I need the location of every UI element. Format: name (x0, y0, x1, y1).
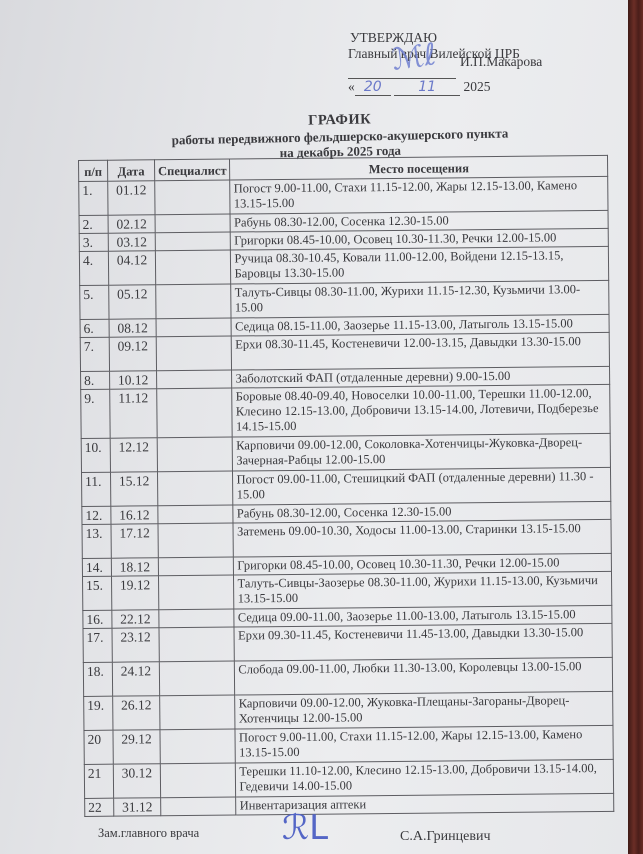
row-num: 22 (85, 798, 114, 816)
row-date: 16.12 (111, 506, 158, 524)
row-date: 11.12 (110, 389, 157, 438)
table-row: 1.01.12Погост 9.00-11.00, Стахи 11.15-12… (79, 176, 608, 215)
row-num: 6. (80, 319, 109, 337)
header-date: Дата (108, 160, 155, 181)
row-specialist (155, 214, 231, 233)
row-place: Ерхи 08.30-11.45, Костеневичи 12.00-13.1… (232, 332, 610, 370)
row-num: 19. (84, 696, 113, 730)
row-place: Погост 09.00-11.00, Стешицкий ФАП (отдал… (233, 467, 611, 505)
row-place: Слобода 09.00-11.00, Любки 11.30-13.00, … (235, 657, 613, 695)
row-date: 29.12 (113, 730, 160, 764)
table-row: 13.17.12Затемень 09.00-10.30, Ходосы 11.… (82, 519, 611, 558)
row-place: Талуть-Сивцы 08.30-11.00, Журихи 11.15-1… (231, 280, 609, 318)
row-date: 18.12 (111, 558, 158, 576)
row-specialist (156, 336, 232, 371)
row-place: Талуть-Сивцы-Заозерье 08.30-11.00, Журих… (234, 571, 612, 609)
header-num: п/п (79, 160, 108, 181)
row-num: 3. (79, 233, 108, 251)
row-specialist (155, 180, 231, 215)
row-date: 26.12 (113, 696, 160, 730)
row-place: Погост 9.00-11.00, Стахи 11.15-12.00, Жа… (235, 725, 613, 763)
row-date: 17.12 (111, 524, 158, 558)
row-num: 15. (82, 576, 111, 610)
approval-year: 2025 (464, 79, 491, 94)
row-num: 16. (83, 610, 112, 628)
row-specialist (156, 318, 232, 337)
table-row: 7.09.12Ерхи 08.30-11.45, Костеневичи 12.… (80, 332, 609, 371)
row-specialist (160, 729, 236, 764)
row-place: Карповичи 09.00-12.00, Соколовка-Хотенчи… (233, 433, 611, 471)
table-row: 10.12.12Карповичи 09.00-12.00, Соколовка… (81, 433, 610, 472)
row-specialist (155, 232, 231, 251)
table-row: 15.19.12Талуть-Сивцы-Заозерье 08.30-11.0… (82, 571, 611, 610)
row-num: 12. (82, 506, 111, 524)
row-num: 21 (84, 764, 113, 798)
row-date: 02.12 (108, 215, 155, 233)
table-surface (628, 0, 643, 854)
row-specialist (160, 695, 236, 730)
date-quote: « (348, 79, 355, 94)
row-place: Затемень 09.00-10.30, Ходосы 11.00-13.00… (233, 519, 611, 557)
row-specialist (158, 505, 234, 524)
row-specialist (156, 284, 232, 319)
chief-signature-icon: ℳℓ (390, 37, 439, 78)
row-place: Боровые 08.40-09.40, Новоселки 10.00-11.… (232, 384, 610, 437)
row-specialist (155, 250, 231, 285)
row-date: 23.12 (112, 628, 159, 662)
row-date: 01.12 (108, 181, 155, 215)
row-specialist (157, 471, 233, 506)
deputy-signature-icon: ℛL (282, 808, 328, 848)
row-num: 18. (83, 662, 112, 696)
row-specialist (158, 557, 234, 576)
row-num: 8. (81, 371, 110, 389)
row-date: 08.12 (109, 319, 156, 337)
row-date: 05.12 (109, 285, 156, 319)
header-specialist: Специалист (155, 159, 231, 181)
row-place: Ручица 08.30-10.45, Ковали 11.00-12.00, … (231, 246, 609, 284)
row-date: 03.12 (108, 233, 155, 251)
row-date: 19.12 (111, 576, 158, 610)
schedule-table: п/п Дата Специалист Место посещения 1.01… (78, 155, 614, 817)
row-date: 15.12 (110, 472, 157, 506)
row-specialist (160, 763, 236, 798)
table-row: 9.11.12Боровые 08.40-09.40, Новоселки 10… (81, 384, 610, 438)
row-num: 10. (81, 438, 110, 472)
row-specialist (161, 797, 237, 816)
table-row: 2029.12Погост 9.00-11.00, Стахи 11.15-12… (84, 725, 613, 764)
table-row: 11.15.12Погост 09.00-11.00, Стешицкий ФА… (81, 467, 610, 506)
footer-name: С.А.Гринцевич (400, 829, 491, 845)
row-place: Карповичи 09.00-12.00, Жуковка-Плещаны-З… (235, 691, 613, 729)
footer-position: Зам.главного врача (98, 826, 199, 841)
row-specialist (159, 627, 235, 662)
row-num: 4. (79, 251, 108, 285)
approval-day: 20 (355, 79, 391, 96)
table-row: 5.05.12Талуть-Сивцы 08.30-11.00, Журихи … (80, 280, 609, 319)
approval-name: И.П.Макарова (460, 54, 542, 69)
row-num: 14. (82, 558, 111, 576)
row-num: 7. (80, 337, 109, 371)
row-place: Терешки 11.10-12.00, Клесино 12.15-13.00… (236, 759, 614, 797)
table-row: 18.24.12Слобода 09.00-11.00, Любки 11.30… (83, 657, 612, 696)
row-specialist (159, 661, 235, 696)
row-num: 17. (83, 628, 112, 662)
row-num: 11. (81, 472, 110, 506)
row-date: 31.12 (114, 798, 161, 816)
row-specialist (157, 388, 233, 438)
table-row: 17.23.12Ерхи 09.30-11.45, Костеневичи 11… (83, 623, 612, 662)
row-date: 04.12 (108, 251, 155, 285)
row-num: 13. (82, 524, 111, 558)
approval-title: УТВЕРЖДАЮ (348, 30, 568, 46)
row-num: 5. (80, 285, 109, 319)
row-date: 09.12 (109, 337, 156, 371)
row-num: 20 (84, 730, 113, 764)
row-place: Погост 9.00-11.00, Стахи 11.15-12.00, Жа… (230, 176, 608, 214)
row-num: 1. (79, 181, 108, 215)
row-date: 12.12 (110, 438, 157, 472)
approval-block: УТВЕРЖДАЮ Главный врач Вилейской ЦРБ И.П… (348, 30, 568, 96)
table-row: 2130.12Терешки 11.10-12.00, Клесино 12.1… (84, 759, 613, 798)
row-place: Ерхи 09.30-11.45, Костеневичи 11.45-13.0… (234, 623, 612, 661)
row-num: 9. (81, 389, 110, 438)
row-date: 22.12 (112, 610, 159, 628)
approval-date: «20 11 2025 (348, 79, 568, 96)
document-heading: ГРАФИК работы передвижного фельдшерско-а… (150, 108, 531, 163)
row-date: 30.12 (113, 764, 160, 798)
row-specialist (157, 370, 233, 389)
table-row: 19.26.12Карповичи 09.00-12.00, Жуковка-П… (84, 691, 613, 730)
row-num: 2. (79, 215, 108, 233)
row-specialist (158, 575, 234, 610)
row-date: 24.12 (112, 662, 159, 696)
table-row: 4.04.12Ручица 08.30-10.45, Ковали 11.00-… (79, 246, 608, 285)
row-specialist (158, 523, 234, 558)
row-specialist (159, 609, 235, 628)
row-specialist (157, 437, 233, 472)
row-date: 10.12 (110, 371, 157, 389)
approval-month: 11 (394, 79, 460, 96)
